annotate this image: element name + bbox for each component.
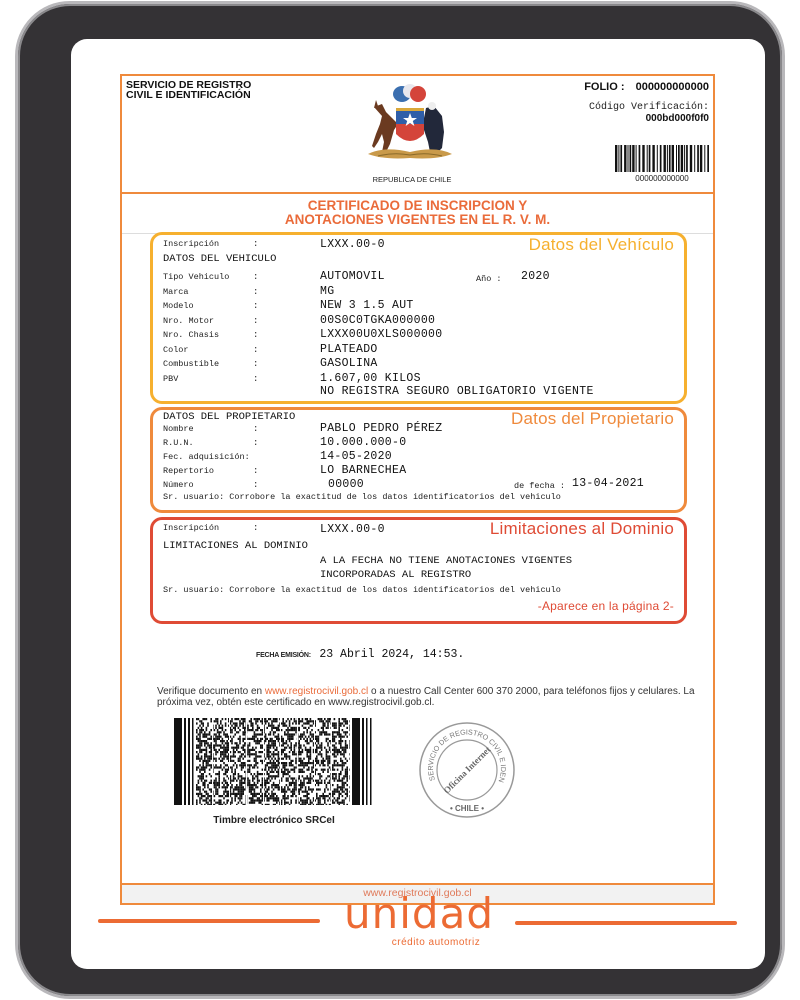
electronic-stamp-label: Timbre electrónico SRCeI (174, 815, 374, 826)
colon: : (253, 301, 258, 311)
pdf417-barcode-icon (174, 718, 374, 805)
divider-left (98, 919, 320, 923)
owner-section-badge: Datos del Propietario (511, 409, 674, 429)
brand-logo: unidad (334, 889, 504, 938)
field-value: GASOLINA (320, 357, 378, 370)
field-label: Marca (163, 287, 189, 297)
field-label: PBV (163, 374, 178, 384)
certificate-header: SERVICIO DE REGISTRO CIVIL E IDENTIFICAC… (122, 76, 713, 194)
domain-limitations-section: Inscripción : LXXX.00-0 Limitaciones al … (150, 517, 687, 624)
issuer-name: SERVICIO DE REGISTRO CIVIL E IDENTIFICAC… (126, 80, 251, 100)
year-value: 2020 (521, 270, 550, 283)
colon: : (253, 272, 258, 282)
field-label: Nro. Chasis (163, 330, 219, 340)
verification-code-label: Código Verificación: (589, 102, 709, 113)
folio: FOLIO : 000000000000 (584, 81, 709, 93)
crest-caption: REPUBLICA DE CHILE (362, 175, 462, 184)
colon: : (253, 239, 258, 249)
registro-civil-link[interactable]: www.registrocivil.gob.cl (265, 686, 368, 697)
limitations-status-line-2: INCORPORADAS AL REGISTRO (320, 569, 471, 581)
field-value: 00000 (328, 478, 364, 491)
folio-value: 000000000000 (636, 81, 709, 93)
brand-tagline: crédito automotriz (371, 937, 501, 948)
field-label: Nombre (163, 424, 194, 434)
de-fecha-label: de fecha : (514, 481, 565, 491)
limitations-notice: Sr. usuario: Corrobore la exactitud de l… (163, 585, 561, 595)
field-value: 00S0C0TGKA000000 (320, 314, 435, 327)
de-fecha-value: 13-04-2021 (572, 477, 644, 490)
title-line-1: CERTIFICADO DE INSCRIPCION Y (122, 199, 713, 213)
colon: : (253, 330, 258, 340)
colon: : (253, 438, 258, 448)
official-seal-icon: SERVICIO DE REGISTRO CIVIL E IDENTIFICAC… (417, 720, 517, 820)
field-label: Fec. adquisición: (163, 452, 250, 462)
field-value: PABLO PEDRO PÉREZ (320, 422, 442, 435)
chile-coat-of-arms-icon (354, 82, 464, 170)
tablet-frame: SERVICIO DE REGISTRO CIVIL E IDENTIFICAC… (18, 4, 782, 996)
limitations-section-badge: Limitaciones al Dominio (490, 519, 674, 539)
colon: : (253, 374, 258, 384)
svg-text:• CHILE •: • CHILE • (450, 804, 484, 813)
colon: : (253, 359, 258, 369)
colon: : (253, 345, 258, 355)
certificate-document: SERVICIO DE REGISTRO CIVIL E IDENTIFICAC… (120, 74, 715, 905)
vehicle-section-badge: Datos del Vehículo (529, 235, 674, 255)
owner-data-section: DATOS DEL PROPIETARIO Datos del Propieta… (150, 407, 687, 513)
field-value: AUTOMOVIL (320, 270, 385, 283)
verification-code-value: 000bd000f0f0 (646, 113, 709, 124)
field-label: Repertorio (163, 466, 214, 476)
tablet-screen: SERVICIO DE REGISTRO CIVIL E IDENTIFICAC… (71, 39, 765, 969)
page-reference-note: -Aparece en la página 2- (538, 599, 674, 613)
field-label: Número (163, 480, 194, 490)
field-value: 10.000.000-0 (320, 436, 406, 449)
colon: : (253, 480, 258, 490)
issue-date-value: 23 Abril 2024, 14:53. (319, 648, 464, 661)
field-value: 14-05-2020 (320, 450, 392, 463)
svg-text:Oficina Internet: Oficina Internet (441, 744, 492, 795)
vehicle-section-title: DATOS DEL VEHICULO (163, 253, 276, 265)
field-label: Color (163, 345, 189, 355)
owner-section-title: DATOS DEL PROPIETARIO (163, 411, 295, 423)
folio-label: FOLIO : (584, 81, 624, 93)
field-value: 1.607,00 KILOS (320, 372, 421, 385)
field-value: PLATEADO (320, 343, 378, 356)
issue-date-label: FECHA EMISIÓN: (256, 652, 311, 659)
field-value: LO BARNECHEA (320, 464, 406, 477)
field-label: Combustible (163, 359, 219, 369)
insurance-note: NO REGISTRA SEGURO OBLIGATORIO VIGENTE (320, 385, 594, 398)
field-value: NEW 3 1.5 AUT (320, 299, 414, 312)
barcode-icon (615, 145, 709, 172)
divider-right (515, 921, 737, 925)
inscripcion-value: LXXX.00-0 (320, 523, 385, 536)
verify-prefix: Verifique documento en (157, 686, 265, 697)
field-label: R.U.N. (163, 438, 194, 448)
colon: : (253, 466, 258, 476)
field-label: Nro. Motor (163, 316, 214, 326)
barcode-number: 000000000000 (615, 174, 709, 183)
colon: : (253, 523, 258, 533)
colon: : (253, 287, 258, 297)
field-value: LXXX00U0XLS000000 (320, 328, 442, 341)
colon: : (253, 424, 258, 434)
issue-date: FECHA EMISIÓN: 23 Abril 2024, 14:53. (256, 644, 464, 662)
verification-instructions: Verifique documento en www.registrocivil… (157, 686, 697, 708)
issuer-line-2: CIVIL E IDENTIFICACIÓN (126, 90, 251, 100)
brand-footer: unidad crédito automotriz (71, 891, 765, 961)
inscripcion-label: Inscripción (163, 523, 219, 533)
limitations-section-title: LIMITACIONES AL DOMINIO (163, 540, 308, 552)
certificate-title: CERTIFICADO DE INSCRIPCION Y ANOTACIONES… (122, 196, 713, 234)
field-label: Tipo Vehiculo (163, 272, 229, 282)
vehicle-data-section: Inscripción : LXXX.00-0 Datos del Vehícu… (150, 232, 687, 404)
field-label: Modelo (163, 301, 194, 311)
inscripcion-label: Inscripción (163, 239, 219, 249)
inscripcion-value: LXXX.00-0 (320, 238, 385, 251)
limitations-status-line-1: A LA FECHA NO TIENE ANOTACIONES VIGENTES (320, 555, 572, 567)
owner-notice: Sr. usuario: Corrobore la exactitud de l… (163, 492, 561, 502)
title-line-2: ANOTACIONES VIGENTES EN EL R. V. M. (122, 213, 713, 227)
field-value: MG (320, 285, 334, 298)
year-label: Año : (476, 274, 502, 284)
colon: : (253, 316, 258, 326)
